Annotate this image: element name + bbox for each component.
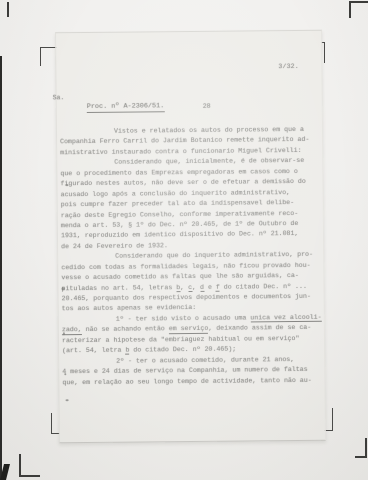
typed-text-segment: do citado Dec. nº 20.465); — [129, 346, 236, 354]
crop-mark-outer-bottom-left — [19, 454, 40, 477]
typed-text-segment: 20.465, porquanto dos respectivos depoim… — [62, 293, 311, 302]
typed-text-segment: do citado Dec. nº ... — [220, 282, 307, 290]
typed-text-segment: e — [204, 283, 216, 290]
typed-text-segment: que, em relação ao seu longo tempo de ac… — [62, 376, 311, 385]
typed-text-segment: cedido com todas as formalidades legais,… — [61, 262, 310, 271]
typed-text-segment: 2º - ter o acusado cometido, durante 21 … — [116, 356, 294, 365]
typed-text-segment: não se achando então — [82, 326, 169, 334]
ink-speck — [64, 373, 66, 375]
typed-text-segment: Vistos e relatados os autos do processo … — [114, 126, 304, 135]
typed-text-segment: ração deste Egregio Conselho, conforme i… — [61, 209, 298, 218]
typed-text-segment: vesse o acusado cometido as faltas que l… — [61, 272, 298, 281]
typed-text-segment: de 24 de Fevereiro de 1932. — [61, 242, 168, 250]
typed-text-segment: , — [180, 284, 188, 291]
typed-text-segment: 1º - ter sido visto o acusado uma — [116, 314, 251, 322]
typed-text-segment: (art. 54, letra — [62, 347, 125, 355]
crop-mark-outer-top-left — [7, 2, 9, 17]
typed-document-page: 3/32. Sa. Proc. nº A-2306/51. 28 Vistos … — [55, 30, 326, 444]
ink-speck — [61, 287, 64, 290]
ink-speck — [65, 184, 68, 186]
crop-mark-outer-top-right — [349, 1, 368, 18]
margin-note: Sa. — [53, 94, 65, 101]
typed-text-segment: acusado logo após a conclusão do inqueri… — [61, 189, 291, 198]
typed-text-segment: Companhia Ferro Carril do Jardim Botanic… — [60, 136, 309, 145]
film-edge-left — [0, 56, 2, 480]
typed-text-segment: pituladas no art. 54, letras — [61, 284, 176, 292]
sheet-number: 28 — [203, 103, 211, 110]
typed-text-segment: menda o art. 53, § 1º do Dec. nº 20.465,… — [61, 220, 298, 229]
typed-text-segment: que o procedimento das Emprezas empregad… — [60, 168, 297, 177]
typed-text-segment: Considerando que, inicialmente, é de obs… — [114, 157, 304, 166]
typed-body: Vistos e relatados os autos do processo … — [60, 125, 318, 388]
frame-number: 3/32. — [278, 63, 299, 70]
typed-text-segment: 1931, reproduzido em identico dispositiv… — [61, 230, 298, 239]
process-number: Proc. nº A-2306/51. — [87, 102, 165, 112]
typed-text-segment: Considerando que do inquerito administra… — [115, 251, 313, 260]
typed-line: que, em relação ao seu longo tempo de ac… — [62, 375, 318, 388]
typed-text-segment: racterizar a hipotese da "embriaguez hab… — [62, 335, 299, 344]
scanned-document-photo: 3/32. Sa. Proc. nº A-2306/51. 28 Vistos … — [0, 0, 368, 480]
typed-text-segment: ministrativo instaurado contra o funcion… — [60, 147, 301, 156]
typed-text-segment: , deixando assim de se ca- — [208, 324, 311, 332]
ink-speck — [63, 332, 65, 335]
typed-text-segment: 4 meses e 24 dias de serviço na Companhi… — [62, 366, 307, 375]
typed-text-segment: pois cumpre fazer preceder tal ato da in… — [61, 199, 295, 208]
crop-mark-outer-bottom-right — [355, 438, 367, 458]
typed-text-segment: tos aos autos apenas se evidencia: — [62, 304, 197, 312]
typed-text-segment: em serviço — [169, 325, 209, 334]
typed-text-segment: , — [192, 283, 200, 290]
typed-text-segment: unica vez alcooli- — [250, 314, 321, 323]
typed-text-segment: figurado nestes autos, não deve ser o de… — [60, 178, 305, 187]
ink-speck — [66, 399, 69, 401]
